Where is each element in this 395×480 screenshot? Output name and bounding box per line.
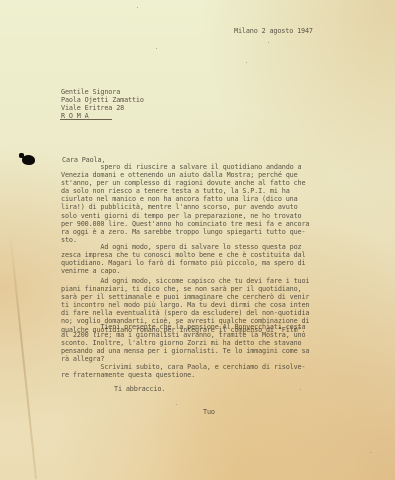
date-line: Milano 2 agosto 1947 xyxy=(234,27,313,35)
recipient-line-3: Viale Eritrea 28 xyxy=(61,104,124,112)
paper-speck xyxy=(246,62,247,63)
paper-speck xyxy=(176,404,177,405)
paragraph-4: Tieni presente che la pensione Al Bonvec… xyxy=(61,323,309,363)
paper-speck xyxy=(300,389,301,390)
paragraph-2: Ad ogni modo, spero di salvare lo stesso… xyxy=(61,243,305,275)
paper-speck xyxy=(156,48,157,49)
closing-line: Ti abbraccio. xyxy=(114,385,165,393)
punched-hole-icon xyxy=(22,155,35,165)
city-underline xyxy=(60,119,112,120)
paper-speck xyxy=(137,7,138,8)
letter-page: Milano 2 agosto 1947 Gentile Signora Pao… xyxy=(0,0,395,480)
paper-speck xyxy=(370,452,371,453)
signature: Tuo xyxy=(203,408,215,416)
paragraph-1: spero di riuscire a salvare il quotidian… xyxy=(61,163,309,244)
paper-fold-crease xyxy=(9,231,37,480)
paper-speck xyxy=(268,42,269,43)
recipient-line-2: Paola Ojetti Zamattio xyxy=(61,96,144,104)
paragraph-5: Scrivimi subito, cara Paola, e cerchiamo… xyxy=(61,363,305,379)
recipient-address: Gentile Signora Paola Ojetti Zamattio Vi… xyxy=(61,88,144,120)
recipient-line-1: Gentile Signora xyxy=(61,88,120,96)
